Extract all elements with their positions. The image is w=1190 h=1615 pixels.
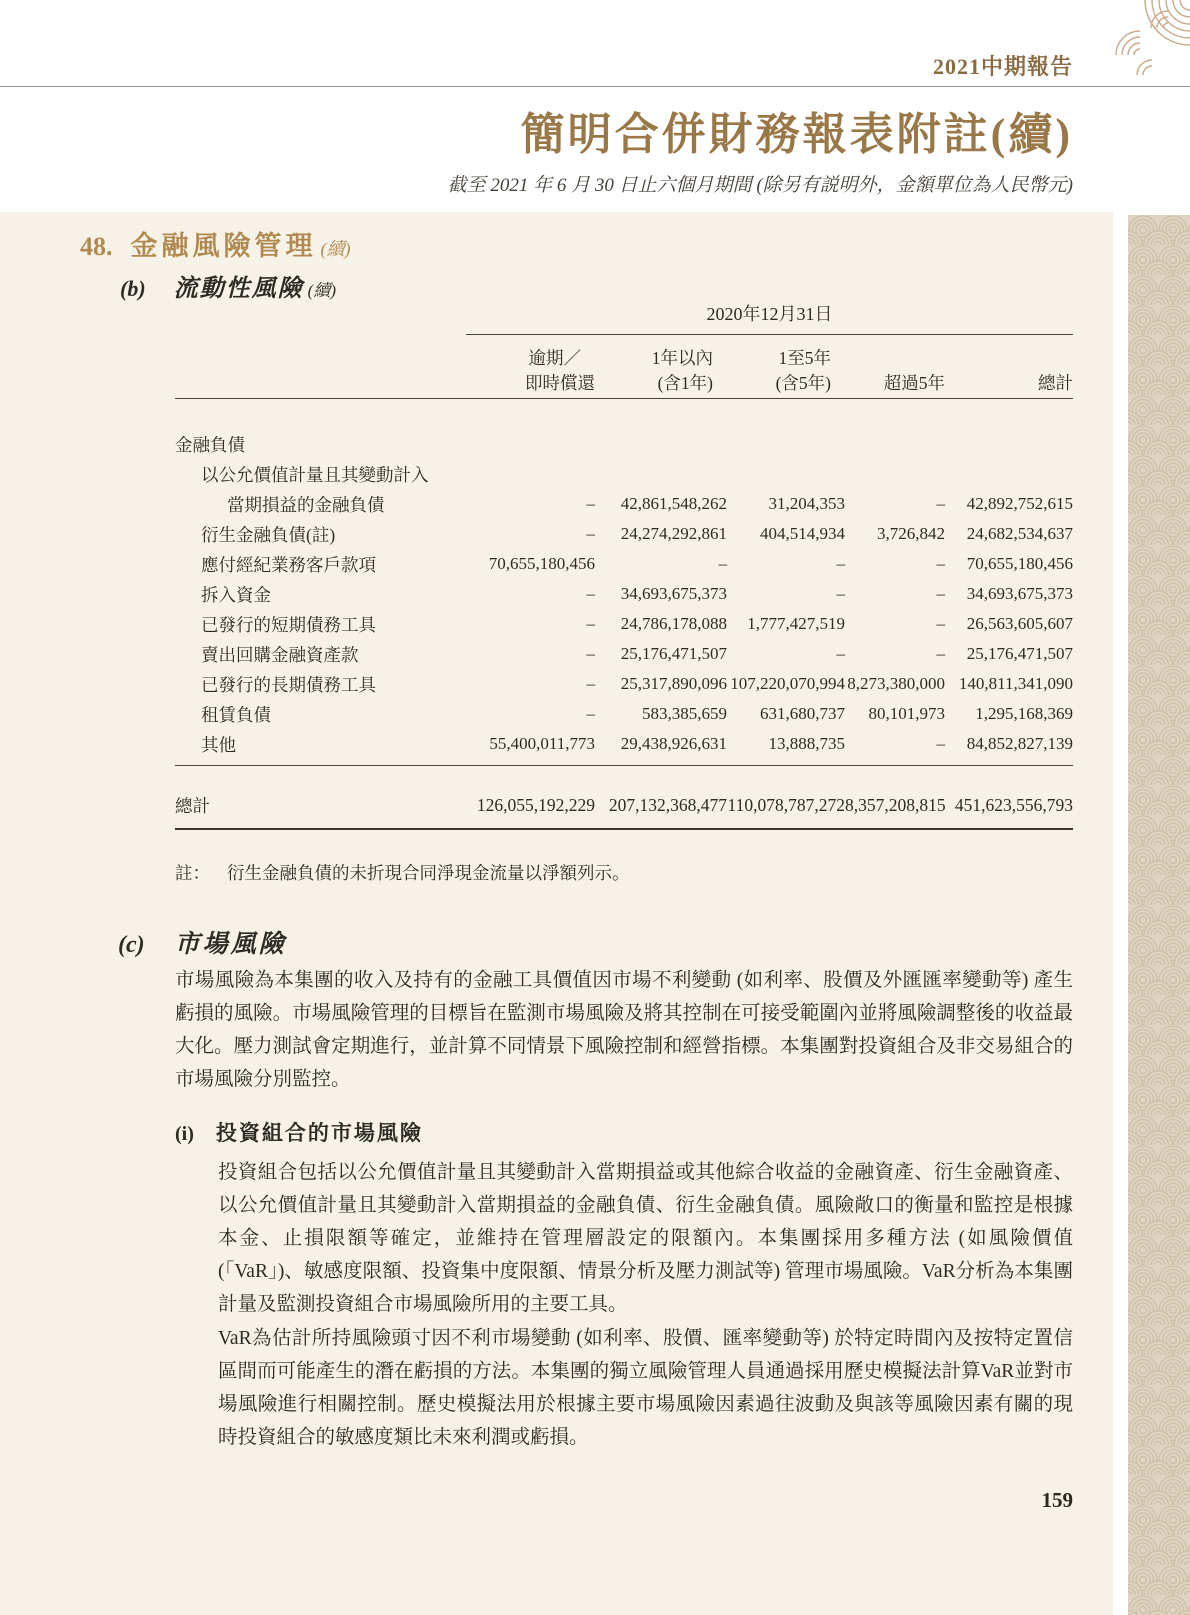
report-page: 2021中期報告 簡明合併財務報表附註(續) 截至 2021 年 6 月 30 …	[0, 0, 1190, 1615]
content-panel: 48.金融風險管理(續) (b)流動性風險(續) 2020年12月31日 逾期／…	[0, 212, 1113, 1615]
col-header: 超過5年	[845, 370, 945, 395]
table-row: 應付經紀業務客戶款項 70,655,180,456–––70,655,180,4…	[175, 549, 1073, 579]
table-row: 已發行的長期債務工具 –25,317,890,096107,220,070,99…	[175, 669, 1073, 699]
col-header: 總計	[945, 370, 1073, 395]
table-total-row: 總計 126,055,192,229207,132,368,477110,078…	[175, 790, 1073, 820]
section-continued: (續)	[321, 239, 351, 259]
col-header: (含1年)	[595, 370, 727, 395]
table-row: 租賃負債 –583,385,659631,680,73780,101,9731,…	[175, 699, 1073, 729]
subsection-c-heading: (c)市場風險	[118, 924, 287, 960]
page-subtitle: 截至 2021 年 6 月 30 日止六個月期間 (除另有説明外，金額單位為人民…	[448, 170, 1073, 197]
table-row: 以公允價值計量且其變動計入	[175, 459, 1073, 489]
section-number: 48.	[80, 232, 113, 261]
subsection-c-title: 市場風險	[175, 931, 287, 958]
col-header: 逾期／	[470, 345, 595, 370]
subsection-i-title: 投資組合的市場風險	[216, 1121, 423, 1145]
table-header-row-1: 逾期／ 1年以內 1至5年	[175, 343, 1073, 371]
table-body: 金融負債 以公允價值計量且其變動計入 當期損益的金融負債 –42,861,548…	[175, 429, 1073, 759]
section-title: 金融風險管理	[131, 231, 317, 261]
seigaiha-pattern-strip	[1128, 215, 1190, 1615]
report-label: 2021中期報告	[933, 50, 1073, 81]
page-number: 159	[1042, 1488, 1074, 1513]
table-row: 其他 55,400,011,77329,438,926,63113,888,73…	[175, 729, 1073, 759]
table-row: 金融負債	[175, 429, 1073, 459]
market-risk-paragraph: 市場風險為本集團的收入及持有的金融工具價值因市場不利變動 (如利率、股價及外匯匯…	[175, 964, 1073, 1096]
col-header: 1至5年	[727, 345, 845, 370]
subsection-b-heading: (b)流動性風險(續)	[120, 268, 336, 303]
table-header-row-2: 即時償還 (含1年) (含5年) 超過5年 總計	[175, 371, 1073, 399]
table-row: 拆入資金 –34,693,675,373––34,693,675,373	[175, 579, 1073, 609]
table-row: 賣出回購金融資產款 –25,176,471,507––25,176,471,50…	[175, 639, 1073, 669]
table-row: 衍生金融負債(註) –24,274,292,861404,514,9343,72…	[175, 519, 1073, 549]
subsection-i-heading: (i)投資組合的市場風險	[175, 1117, 423, 1147]
footnote-label: 註：	[175, 860, 227, 885]
liquidity-risk-table: 2020年12月31日 逾期／ 1年以內 1至5年 即時償還 (含1年) (含5…	[175, 300, 1073, 830]
section-48-heading: 48.金融風險管理(續)	[80, 224, 351, 263]
col-header: (含5年)	[727, 370, 845, 395]
subsection-b-label: (b)	[120, 276, 146, 301]
col-header: 即時償還	[470, 370, 595, 395]
footnote-text: 衍生金融負債的未折現合同淨現金流量以淨額列示。	[227, 860, 630, 885]
page-title: 簡明合併財務報表附註(續)	[521, 98, 1073, 162]
table-bottom-rule	[175, 828, 1073, 830]
subsection-b-continued: (續)	[308, 281, 336, 300]
col-header: 1年以內	[595, 345, 727, 370]
table-footnote: 註： 衍生金融負債的未折現合同淨現金流量以淨額列示。	[175, 860, 630, 885]
header-divider	[0, 86, 1190, 87]
subsection-c-label: (c)	[118, 932, 145, 958]
table-date-header: 2020年12月31日	[466, 300, 1073, 335]
table-row: 已發行的短期債務工具 –24,786,178,0881,777,427,519–…	[175, 609, 1073, 639]
portfolio-risk-paragraph-1: 投資組合包括以公允價值計量且其變動計入當期損益或其他綜合收益的金融資產、衍生金融…	[218, 1156, 1073, 1321]
subsection-i-label: (i)	[175, 1123, 194, 1145]
portfolio-risk-paragraph-2: VaR為估計所持風險頭寸因不利市場變動 (如利率、股價、匯率變動等) 於特定時間…	[218, 1322, 1073, 1454]
subsection-b-title: 流動性風險	[174, 276, 304, 302]
table-row: 當期損益的金融負債 –42,861,548,26231,204,353–42,8…	[175, 489, 1073, 519]
table-subtotal-rule	[175, 765, 1073, 766]
